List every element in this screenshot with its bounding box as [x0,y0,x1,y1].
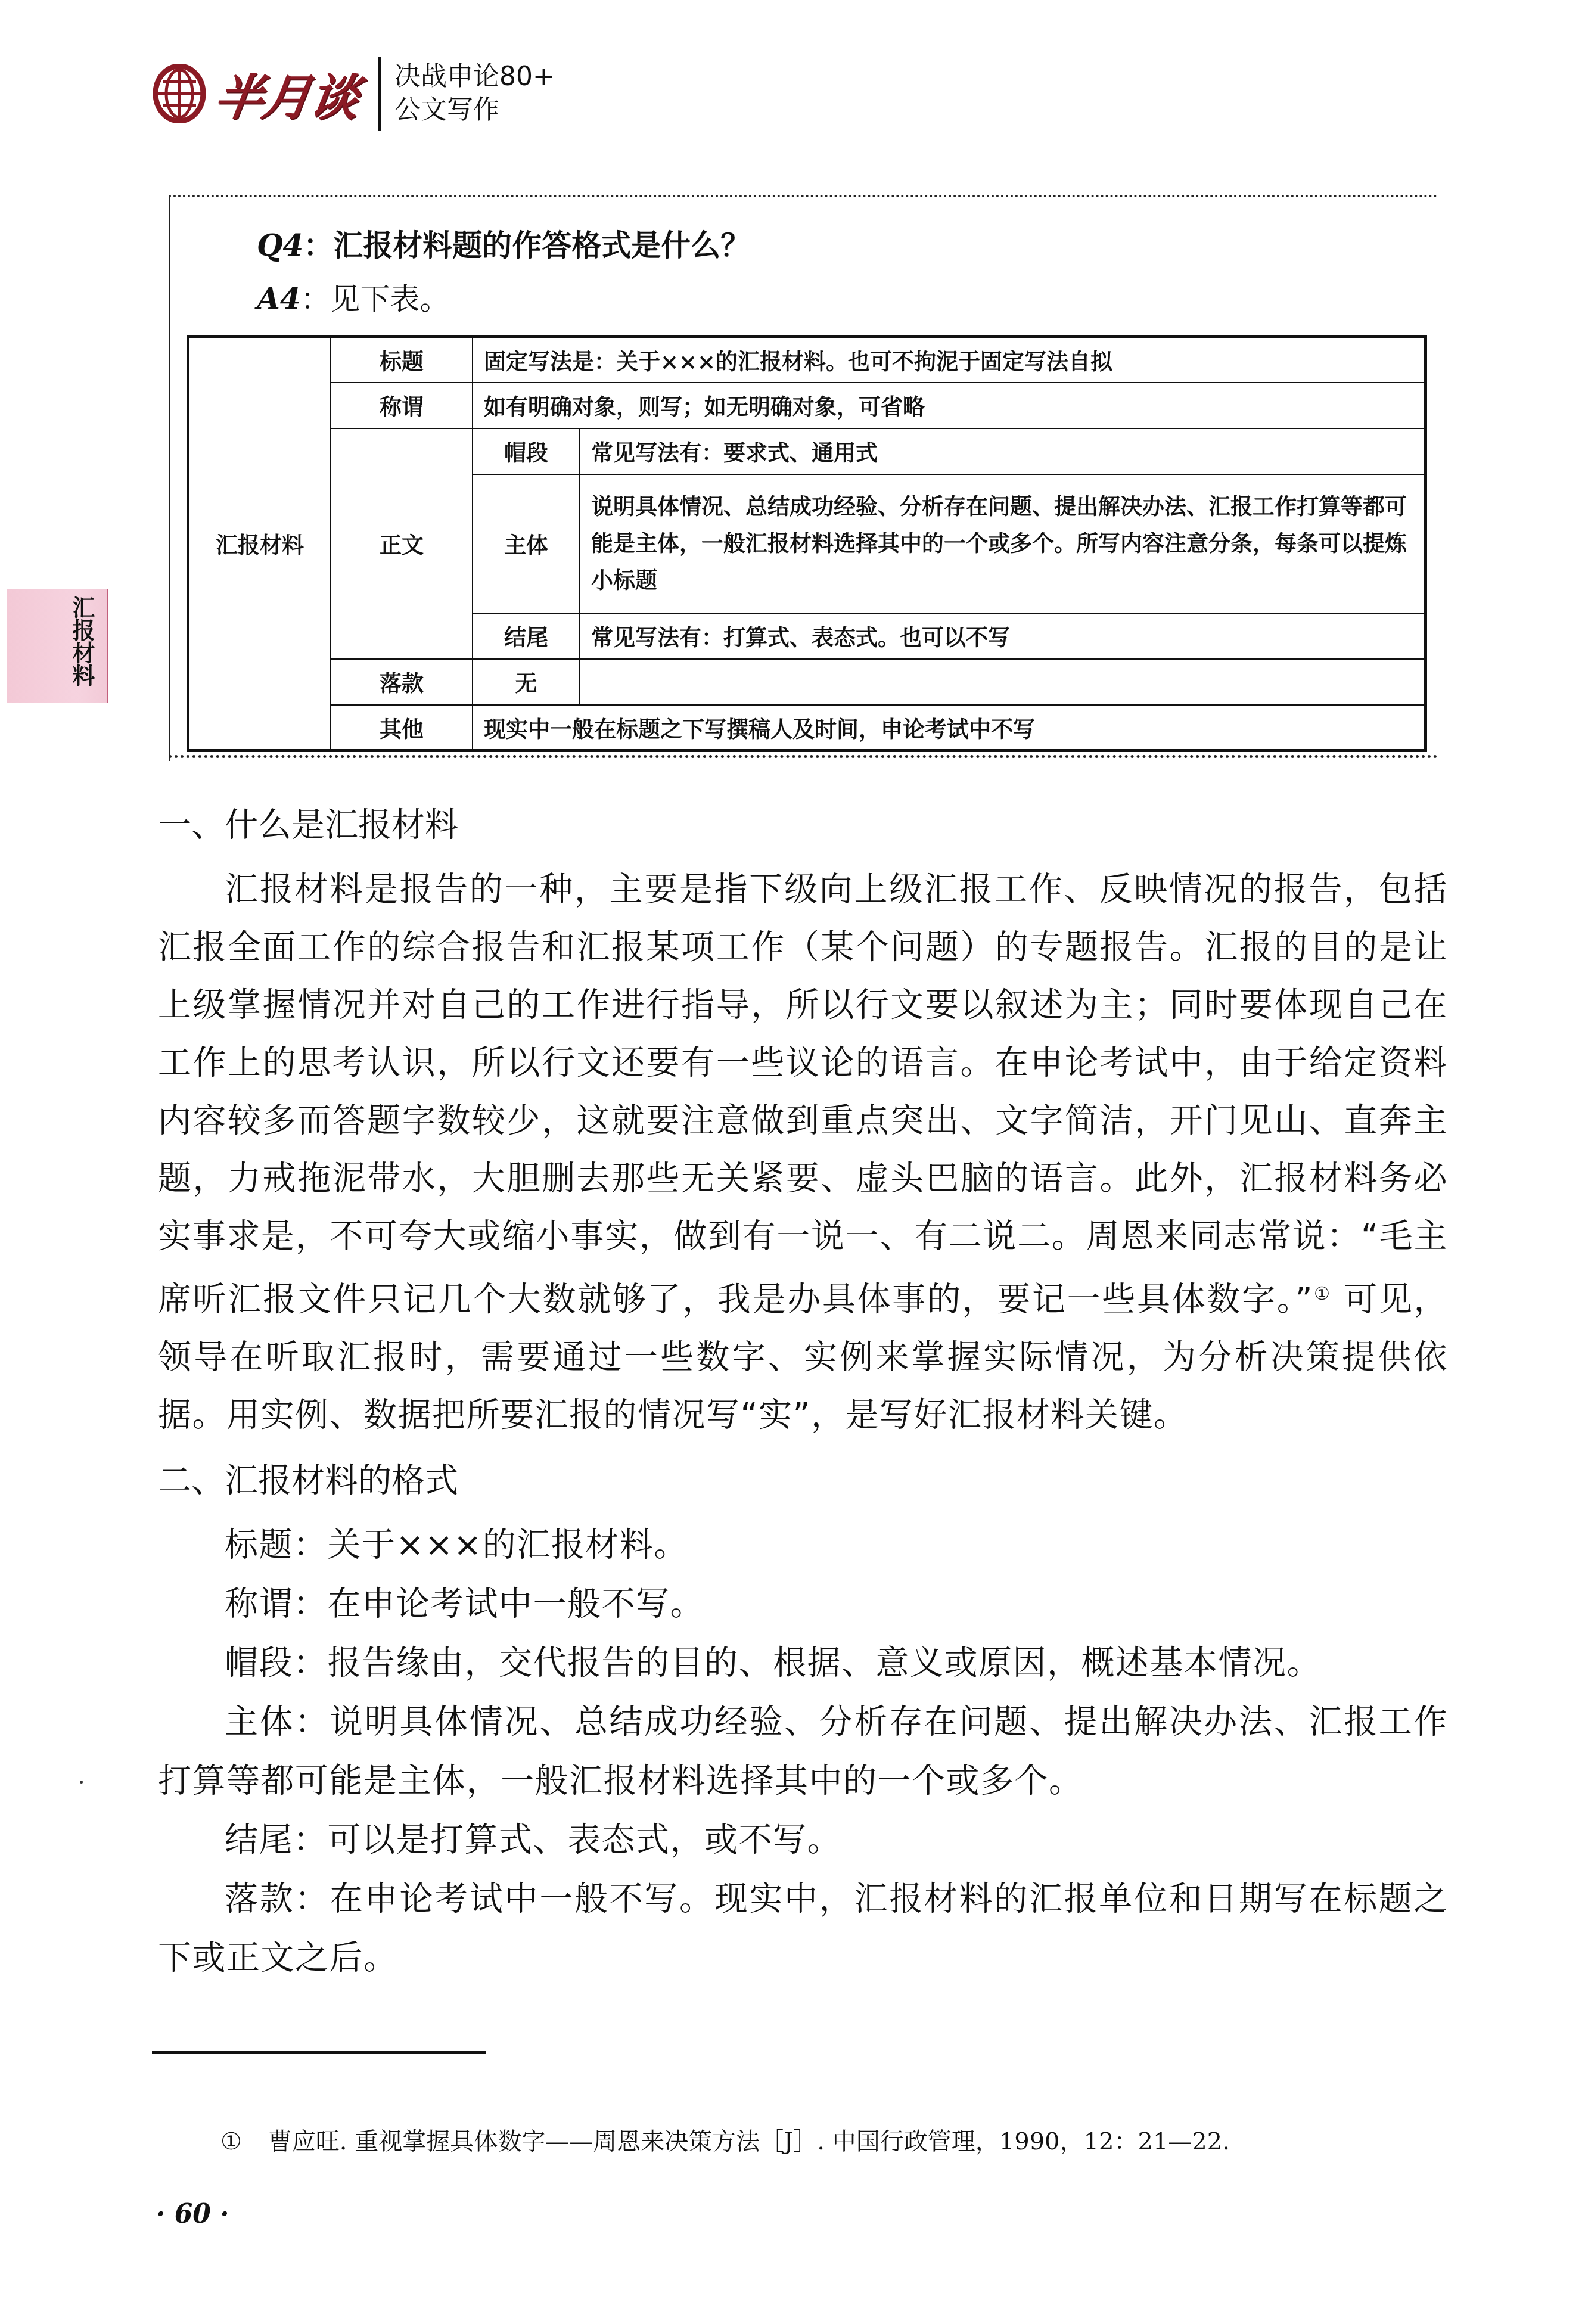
format-item-label: 落款 [225,1879,294,1918]
table-content-cell: 常见写法有：要求式、通用式 [580,428,1426,474]
question: Q4：汇报材料题的作答格式是什么？ [257,225,750,266]
qa-box-bottom-border [169,755,1438,758]
question-text: 汇报材料题的作答格式是什么？ [333,228,750,263]
format-item: 称谓：在申论考试中一般不写。 [158,1574,1448,1633]
format-item-text: ：在申论考试中一般不写。 [293,1584,704,1623]
section-1-body: 汇报材料是报告的一种，主要是指下级向上级汇报工作、反映情况的报告，包括汇报全面工… [158,860,1448,1444]
qa-box-left-border [169,195,170,761]
format-item-label: 帽段 [225,1643,293,1682]
format-item-text: ：说明具体情况、总结成功经验、分析存在问题、提出解决办法、汇报工作打算等都可能是… [158,1702,1448,1800]
table-content-cell: 如有明确对象，则写；如无明确对象，可省略 [473,383,1426,428]
table-section-cell: 称谓 [331,383,473,428]
footnote-mark: ① [220,2128,242,2155]
page-header: 半月谈 决战申论80+ 公文写作 [152,55,555,132]
format-item: 标题：关于×××的汇报材料。 [158,1515,1448,1574]
table-content-cell: 说明具体情况、总结成功经验、分析存在问题、提出解决办法、汇报工作打算等都可能是主… [580,474,1426,613]
brand-logo-text: 半月谈 [210,59,363,129]
section-heading-1: 一、什么是汇报材料 [158,799,458,846]
format-item-text: ：在申论考试中一般不写。现实中，汇报材料的汇报单位和日期写在标题之下或正文之后。 [158,1879,1448,1977]
answer-separator: ： [301,282,331,316]
answer: A4：见下表。 [257,278,450,320]
answer-label: A4 [257,281,301,316]
table-row: 汇报材料 标题 固定写法是：关于×××的汇报材料。也可不拘泥于固定写法自拟 [188,337,1426,383]
section-2-body: 标题：关于×××的汇报材料。 称谓：在申论考试中一般不写。 帽段：报告缘由，交代… [158,1515,1448,1987]
format-item-text: ：关于×××的汇报材料。 [293,1525,688,1564]
table-content-cell: 现实中一般在标题之下写撰稿人及时间，申论考试中不写 [473,705,1426,751]
series-title-line1: 决战申论80+ [394,60,555,94]
format-item-text: ：报告缘由，交代报告的目的、根据、意义或原因，概述基本情况。 [293,1643,1321,1682]
paragraph-text: 汇报材料是报告的一种，主要是指下级向上级汇报工作、反映情况的报告，包括汇报全面工… [158,870,1448,1319]
table-section-cell: 正文 [331,428,473,659]
table-subsection-cell: 主体 [473,474,580,613]
table-subsection-cell: 帽段 [473,428,580,474]
format-item-label: 标题 [225,1525,293,1564]
question-separator: ： [303,228,333,263]
format-item-label: 主体 [225,1702,294,1741]
question-label: Q4 [257,228,303,263]
chapter-side-tab-label: 汇报材料 [67,596,94,686]
table-subsection-cell: 结尾 [473,613,580,659]
table-value-cell: 无 [473,659,580,705]
table-section-cell: 标题 [331,337,473,383]
format-table: 汇报材料 标题 固定写法是：关于×××的汇报材料。也可不拘泥于固定写法自拟 称谓… [187,335,1427,752]
format-item-text: ：可以是打算式、表态式，或不写。 [293,1820,841,1859]
table-row: 正文 帽段 常见写法有：要求式、通用式 [188,428,1426,474]
qa-box-top-border [169,195,1438,197]
globe-logo-icon [152,64,207,123]
header-divider [378,57,381,131]
format-item-label: 结尾 [225,1820,293,1859]
section-heading-2: 二、汇报材料的格式 [158,1454,458,1502]
table-row: 落款 无 [188,659,1426,705]
page-number: · 60 · [156,2199,229,2229]
table-row: 其他 现实中一般在标题之下写撰稿人及时间，申论考试中不写 [188,705,1426,751]
table-section-cell: 其他 [331,705,473,751]
format-item: 主体：说明具体情况、总结成功经验、分析存在问题、提出解决办法、汇报工作打算等都可… [158,1692,1448,1810]
table-content-cell: 常见写法有：打算式、表态式。也可以不写 [580,613,1426,659]
table-content-cell [580,659,1426,705]
paragraph: 汇报材料是报告的一种，主要是指下级向上级汇报工作、反映情况的报告，包括汇报全面工… [158,860,1448,1444]
footnote-text: 曹应旺. 重视掌握具体数字——周恩来决策方法［J］. 中国行政管理，1990，1… [268,2128,1230,2155]
table-category-cell: 汇报材料 [188,337,331,751]
format-item: 帽段：报告缘由，交代报告的目的、根据、意义或原因，概述基本情况。 [158,1633,1448,1692]
series-title-line2: 公文写作 [394,94,555,127]
format-item: 结尾：可以是打算式、表态式，或不写。 [158,1810,1448,1869]
footnote-rule [152,2051,486,2054]
table-section-cell: 落款 [331,659,473,705]
format-item: 落款：在申论考试中一般不写。现实中，汇报材料的汇报单位和日期写在标题之下或正文之… [158,1869,1448,1987]
answer-text: 见下表。 [331,282,450,316]
scan-speck [80,1781,83,1784]
table-content-cell: 固定写法是：关于×××的汇报材料。也可不拘泥于固定写法自拟 [473,337,1426,383]
format-item-label: 称谓 [225,1584,293,1623]
chapter-side-tab: 汇报材料 [7,589,108,703]
table-row: 称谓 如有明确对象，则写；如无明确对象，可省略 [188,383,1426,428]
footnote-ref[interactable]: ① [1313,1284,1332,1304]
series-title: 决战申论80+ 公文写作 [394,60,555,127]
footnote: ①曹应旺. 重视掌握具体数字——周恩来决策方法［J］. 中国行政管理，1990，… [220,2123,1230,2157]
